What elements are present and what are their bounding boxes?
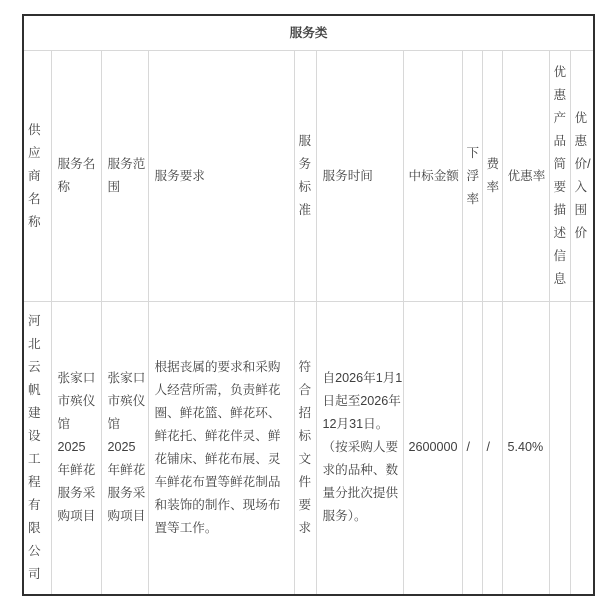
service-category-table: 服务类 供应商名称 服务名称 服务范围 服务要求 服务标准 服务时间 中标金额 … <box>22 14 595 596</box>
col-header-service-standard: 服务标准 <box>294 51 316 302</box>
table-title-row: 服务类 <box>23 15 594 51</box>
cell-winning-amount: 2600000 <box>403 302 462 595</box>
col-header-service-scope: 服务范围 <box>101 51 148 302</box>
col-header-down-float-rate: 下浮率 <box>462 51 482 302</box>
cell-service-requirements: 根据丧属的要求和采购人经营所需，负责鲜花圈、鲜花篮、鲜花环、鲜花托、鲜花伴灵、鲜… <box>148 302 294 595</box>
col-header-service-requirements: 服务要求 <box>148 51 294 302</box>
cell-discount-product-description <box>549 302 570 595</box>
col-header-supplier-name: 供应商名称 <box>23 51 51 302</box>
page: { "table": { "title": "服务类", "columns": … <box>0 0 615 608</box>
col-header-fee-rate: 费率 <box>482 51 502 302</box>
table-row: 河北云帆建设工程有限公司 张家口市殡仪馆2025年鲜花服务采购项目 张家口市殡仪… <box>23 302 594 595</box>
cell-service-scope: 张家口市殡仪馆2025年鲜花服务采购项目 <box>101 302 148 595</box>
cell-service-standard: 符合招标文件要求 <box>294 302 316 595</box>
cell-discount-rate: 5.40% <box>502 302 549 595</box>
col-header-discount-rate: 优惠率 <box>502 51 549 302</box>
col-header-service-name: 服务名称 <box>51 51 101 302</box>
cell-supplier-name: 河北云帆建设工程有限公司 <box>23 302 51 595</box>
table-header-row: 供应商名称 服务名称 服务范围 服务要求 服务标准 服务时间 中标金额 下浮率 … <box>23 51 594 302</box>
col-header-discount-price: 优惠价/入围价 <box>570 51 594 302</box>
col-header-service-time: 服务时间 <box>316 51 403 302</box>
table-title: 服务类 <box>23 15 594 51</box>
col-header-winning-amount: 中标金额 <box>403 51 462 302</box>
cell-fee-rate: / <box>482 302 502 595</box>
cell-discount-price <box>570 302 594 595</box>
col-header-discount-product-description: 优惠产品简要描述信息 <box>549 51 570 302</box>
cell-service-time: 自2026年1月1日起至2026年12月31日。（按采购人要求的品种、数量分批次… <box>316 302 403 595</box>
cell-down-float-rate: / <box>462 302 482 595</box>
cell-service-name: 张家口市殡仪馆2025年鲜花服务采购项目 <box>51 302 101 595</box>
